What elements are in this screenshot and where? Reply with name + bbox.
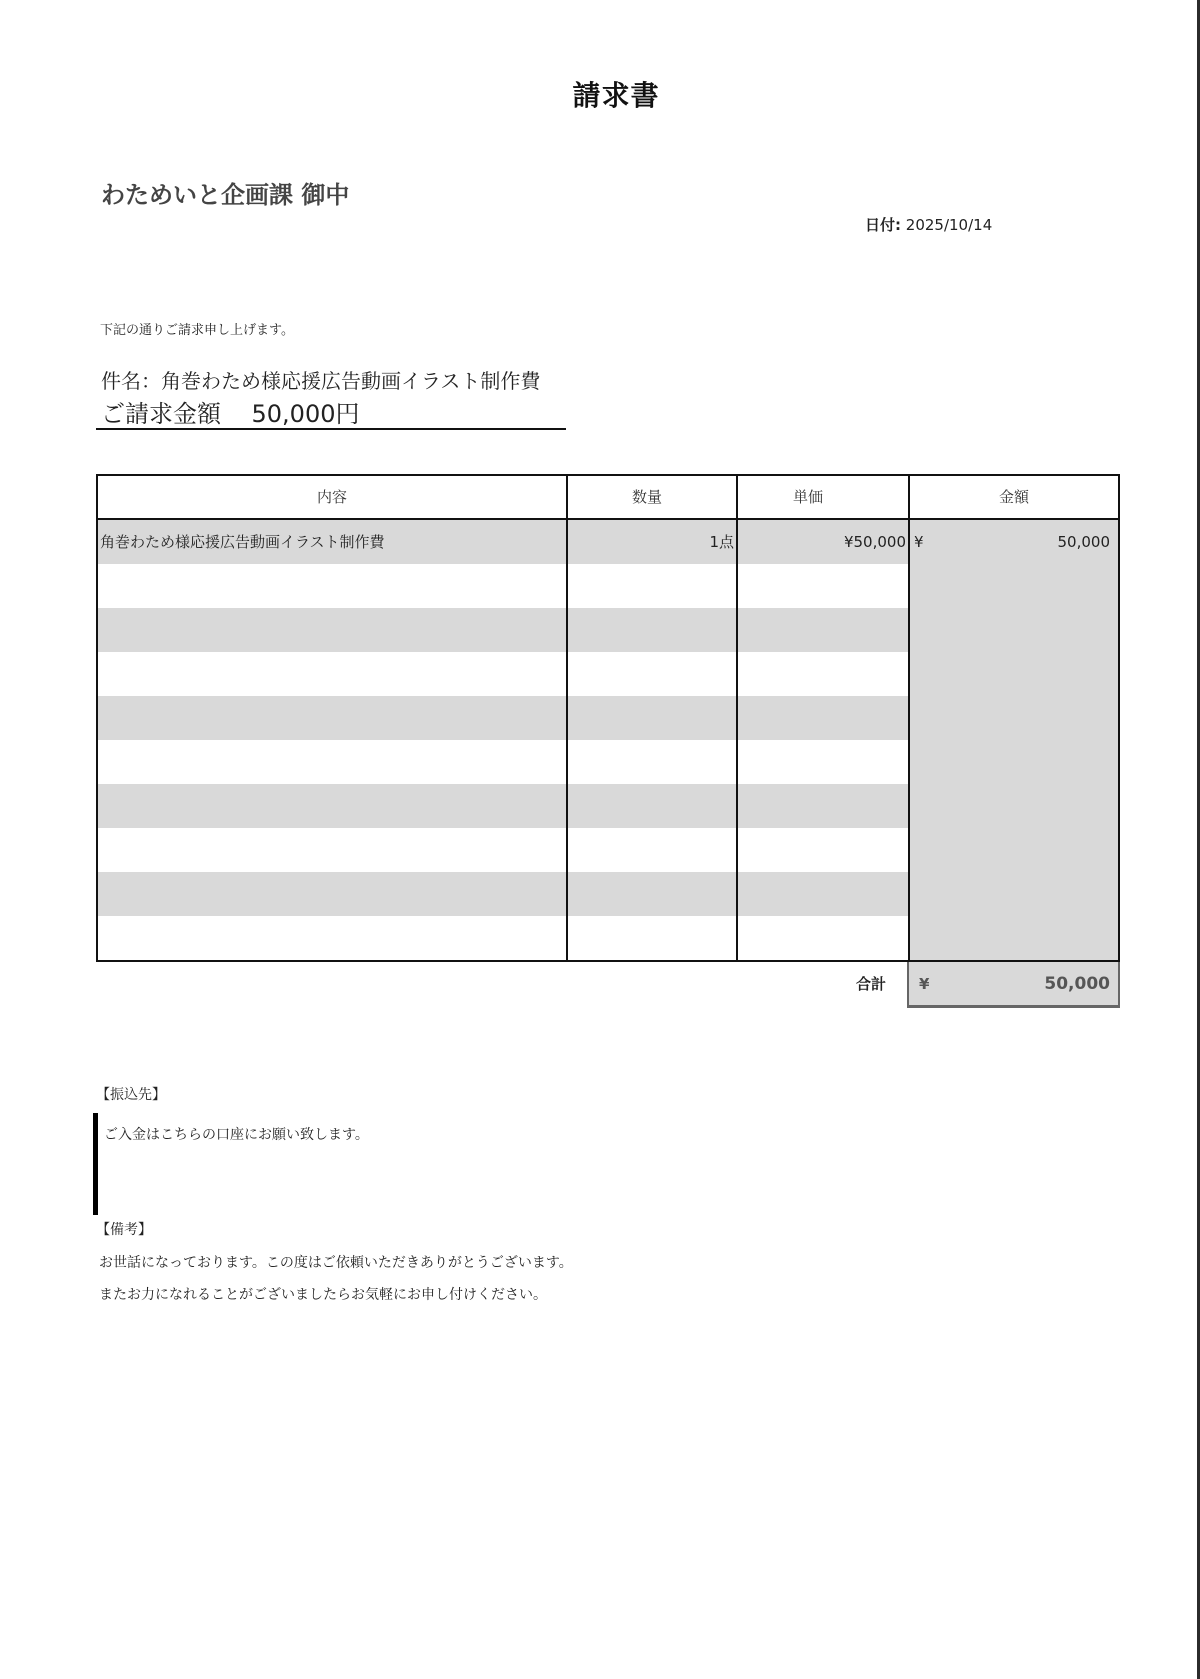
remarks-line: またお力になれることがございましたらお気軽にお申し付けください。 (99, 1284, 547, 1304)
table-row-cells (98, 916, 1118, 960)
date-value: 2025/10/14 (906, 216, 992, 234)
table-row-cells (98, 696, 1118, 740)
table-row-cells (98, 872, 1118, 916)
table-row-cells (98, 564, 1118, 608)
billing-amount: ご請求金額 50,000円 (101, 394, 360, 429)
bank-section-bar (93, 1113, 98, 1215)
cell-amount (914, 740, 1110, 784)
cell-description (100, 872, 566, 916)
cell-unit-price (738, 740, 908, 784)
table-row-cells (98, 652, 1118, 696)
cell-quantity (568, 828, 736, 872)
bank-section-label: 【振込先】 (96, 1084, 166, 1104)
subject-line: 件名：角巻わため様応援広告動画イラスト制作費 (101, 365, 540, 394)
table-row-cells (98, 608, 1118, 652)
cell-unit-price (738, 608, 908, 652)
intro-text: 下記の通りご請求申し上げます。 (100, 319, 294, 338)
column-divider (736, 476, 738, 960)
total-label: 合計 (800, 962, 886, 1006)
column-divider (908, 476, 910, 960)
cell-description (100, 740, 566, 784)
cell-unit-price (738, 564, 908, 608)
header-description: 内容 (98, 476, 566, 518)
cell-amount (914, 916, 1110, 960)
cell-quantity (568, 872, 736, 916)
remarks-line: お世話になっております。この度はご依頼いただきありがとうございます。 (99, 1252, 573, 1272)
table-row-cells (98, 784, 1118, 828)
cell-quantity (568, 916, 736, 960)
cell-quantity (568, 564, 736, 608)
amount-value: 50,000円 (252, 400, 360, 428)
amount-label: ご請求金額 (101, 400, 221, 428)
date-label: 日付: (865, 216, 901, 234)
cell-unit-price (738, 652, 908, 696)
total-amount: 50,000 (1044, 962, 1110, 1006)
cell-amount (914, 696, 1110, 740)
cell-description (100, 564, 566, 608)
cell-quantity (568, 740, 736, 784)
table-header: 内容 数量 単価 金額 (98, 476, 1118, 520)
total-cell: ¥ 50,000 (907, 962, 1120, 1008)
cell-amount (914, 608, 1110, 652)
issue-date: 日付: 2025/10/14 (865, 214, 992, 235)
cell-amount (914, 784, 1110, 828)
cell-description (100, 608, 566, 652)
cell-amount (914, 564, 1110, 608)
cell-unit-price (738, 784, 908, 828)
cell-amount (914, 652, 1110, 696)
invoice-table: 内容 数量 単価 金額 角巻わため様応援広告動画イラスト制作費1点¥50,000… (96, 474, 1120, 962)
recipient-name: わためいと企画課 御中 (101, 175, 349, 210)
document-title: 請求書 (0, 74, 1200, 114)
cell-quantity (568, 652, 736, 696)
total-currency: ¥ (919, 962, 929, 1006)
column-divider (566, 476, 568, 960)
cell-description (100, 784, 566, 828)
cell-unit-price (738, 828, 908, 872)
table-row-cells (98, 828, 1118, 872)
header-unit-price: 単価 (728, 476, 888, 518)
cell-amount (914, 872, 1110, 916)
cell-unit-price (738, 872, 908, 916)
cell-unit-price (738, 696, 908, 740)
cell-description (100, 696, 566, 740)
table-row-cells (98, 740, 1118, 784)
cell-amount: 50,000 (914, 520, 1110, 564)
cell-unit-price: ¥50,000 (738, 520, 908, 564)
cell-quantity (568, 784, 736, 828)
cell-quantity (568, 608, 736, 652)
cell-description (100, 652, 566, 696)
cell-description (100, 828, 566, 872)
cell-amount (914, 828, 1110, 872)
cell-description (100, 916, 566, 960)
cell-quantity (568, 696, 736, 740)
bank-instructions: ご入金はこちらの口座にお願い致します。 (104, 1124, 369, 1144)
cell-description: 角巻わため様応援広告動画イラスト制作費 (100, 520, 566, 564)
table-row-cells: 角巻わため様応援広告動画イラスト制作費1点¥50,000¥50,000 (98, 520, 1118, 564)
amount-underline (96, 428, 566, 430)
remarks-label: 【備考】 (96, 1219, 152, 1239)
header-amount: 金額 (910, 476, 1118, 518)
cell-unit-price (738, 916, 908, 960)
header-quantity: 数量 (568, 476, 726, 518)
cell-quantity: 1点 (568, 520, 736, 564)
